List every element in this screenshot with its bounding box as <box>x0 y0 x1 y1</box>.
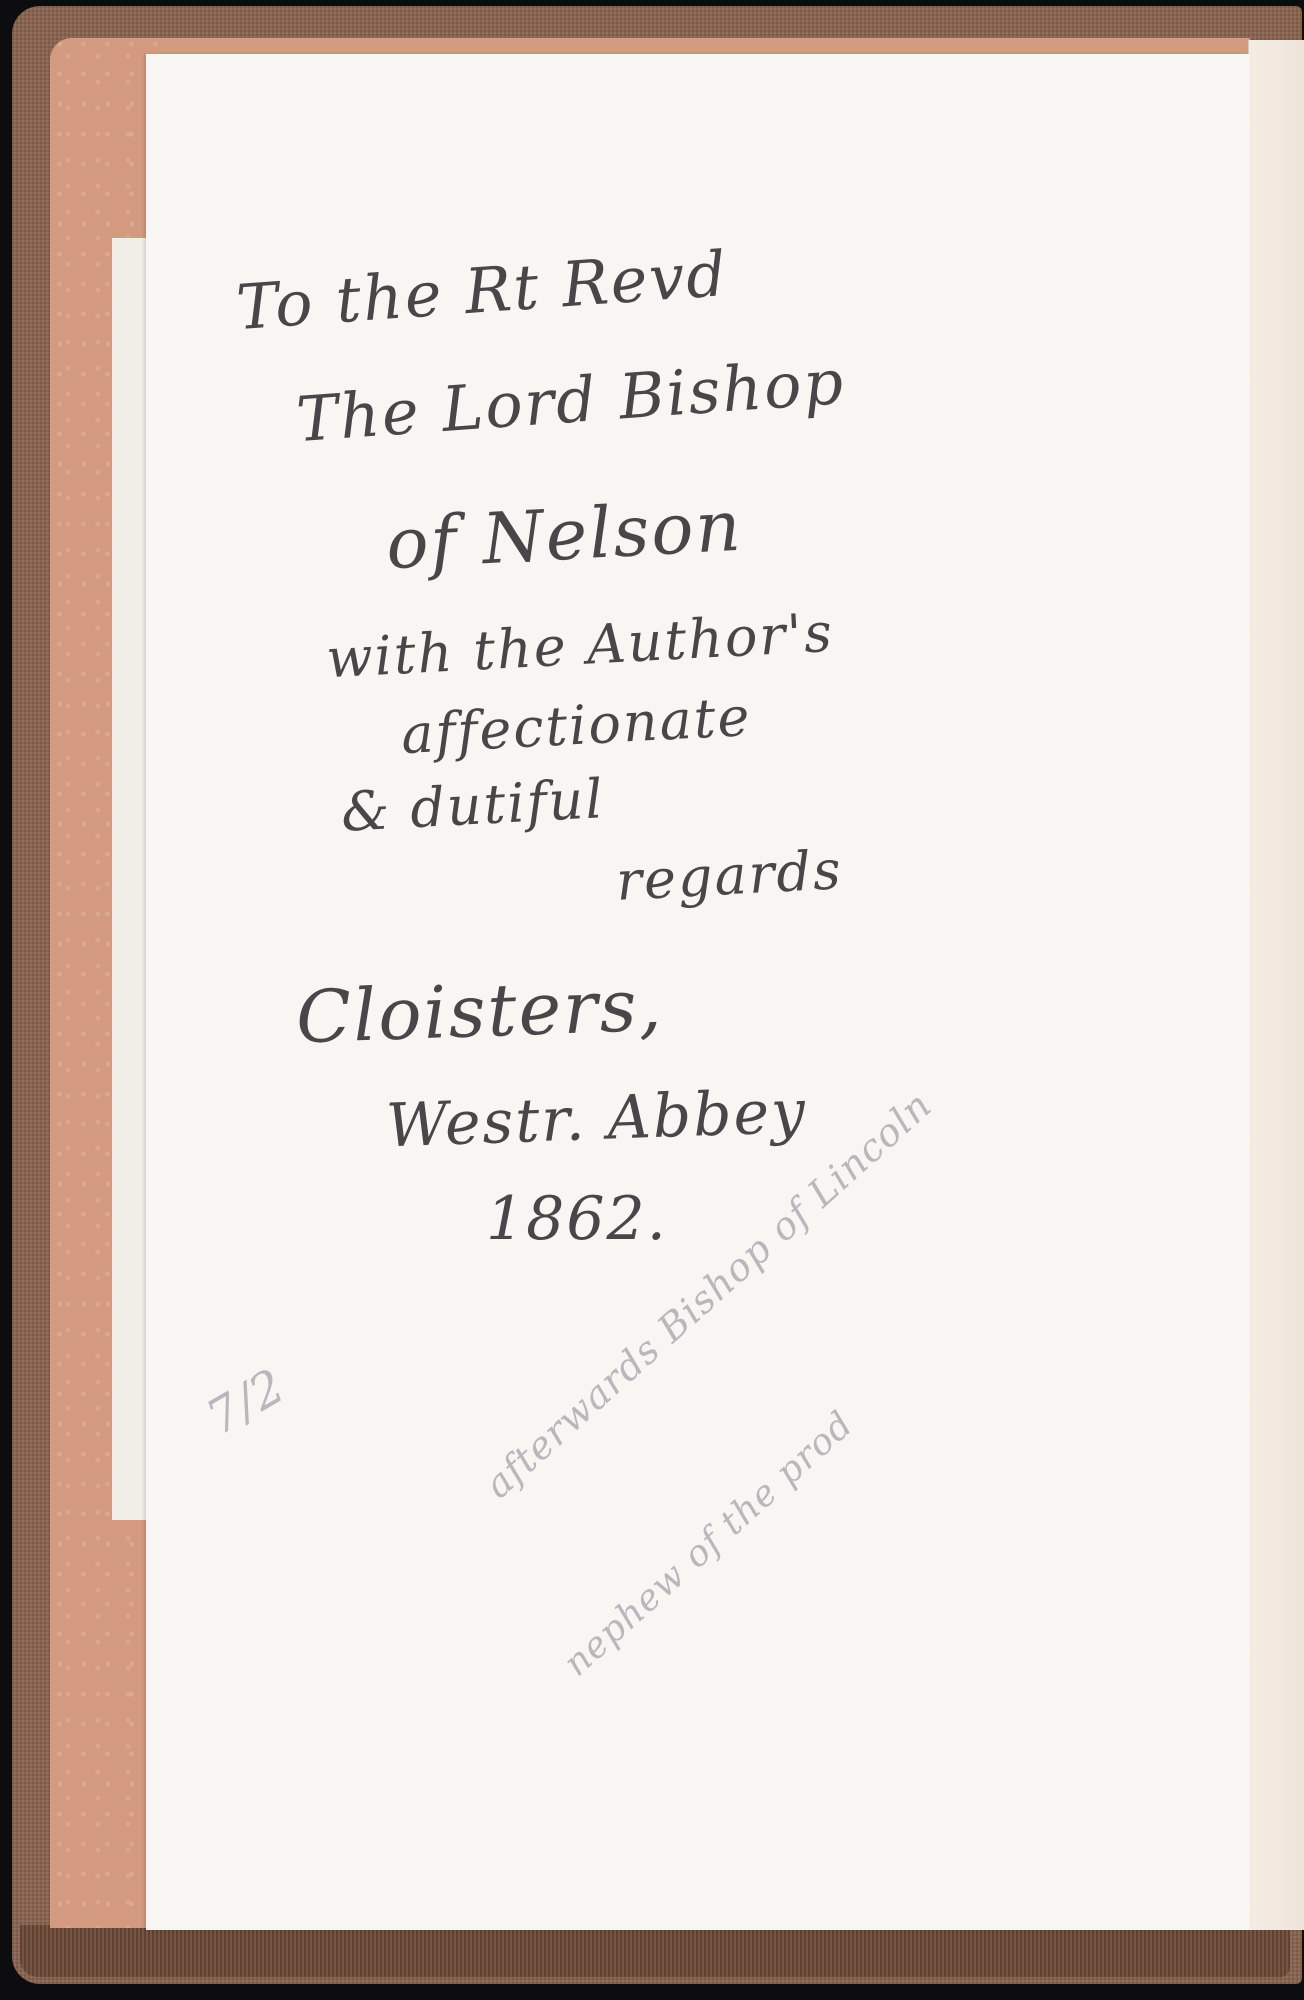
inscription-line: affectionate <box>400 685 753 766</box>
pencil-annotation-line: nephew of the prod <box>556 1404 861 1685</box>
page-block-edge <box>1248 40 1304 1930</box>
inscription-line: The Lord Bishop <box>294 345 847 456</box>
inscription-line: regards <box>615 838 845 913</box>
inscription-line: 1862. <box>486 1184 668 1254</box>
inscription-line: with the Author's <box>325 601 835 690</box>
inscription-line: of Nelson <box>384 485 744 586</box>
inscription-line: Cloisters, <box>295 963 665 1060</box>
pencil-margin-mark: 7/2 <box>197 1358 294 1447</box>
inscription-line: To the Rt Revd <box>234 237 730 344</box>
flyleaf-page: To the Rt Revd The Lord Bishop of Nelson… <box>146 54 1250 1930</box>
book-cover-bottom-edge <box>20 1925 1290 1977</box>
inscription-line: Westr. Abbey <box>385 1077 808 1162</box>
inscription-line: & dutiful <box>340 767 607 844</box>
